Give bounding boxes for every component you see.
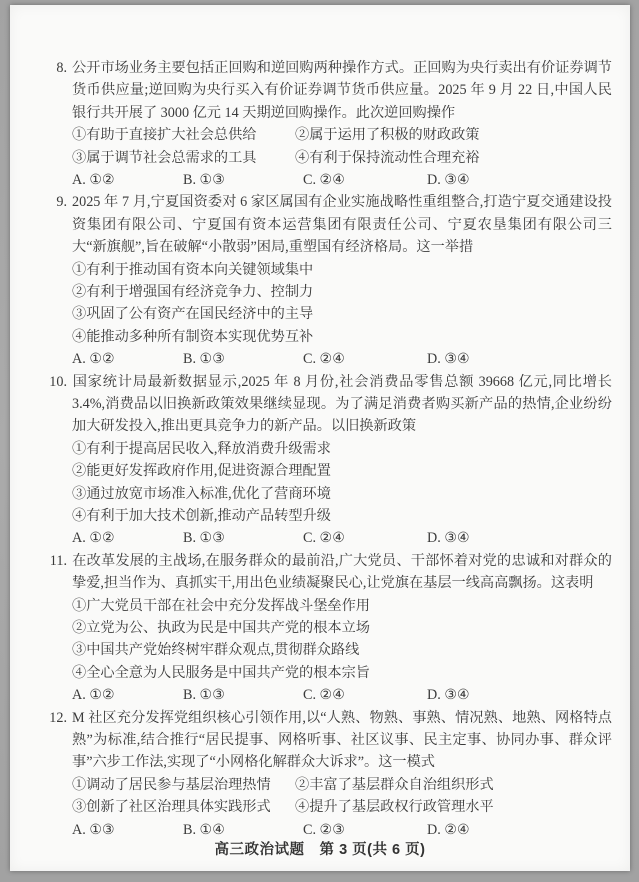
choice-c: C. ②④ (303, 348, 427, 370)
question-8: 8.公开市场业务主要包括正回购和逆回购两种操作方式。正回购为央行卖出有价证券调节… (72, 57, 612, 191)
statement-4: ④全心全意为人民服务是中国共产党的根本宗旨 (72, 662, 612, 684)
statement-4: ④提升了基层政权行政管理水平 (295, 796, 612, 818)
question-11-stem-text: 在改革发展的主战场,在服务群众的最前沿,广大党员、干部怀着对党的忠诚和对群众的挚… (72, 553, 612, 591)
question-12-stem: 12.M 社区充分发挥党组织核心引领作用,以“人熟、物熟、事熟、情况熟、地熟、网… (72, 707, 612, 774)
paper-sheet: 8.公开市场业务主要包括正回购和逆回购两种操作方式。正回购为央行卖出有价证券调节… (10, 5, 630, 871)
statement-1: ①有助于直接扩大社会总供给 (72, 124, 295, 146)
choice-d: D. ③④ (427, 527, 612, 549)
choice-c: C. ②④ (303, 684, 427, 706)
question-9-choices: A. ①② B. ①③ C. ②④ D. ③④ (72, 348, 612, 370)
question-9-stem-text: 2025 年 7 月,宁夏国资委对 6 家区属国有企业实施战略性重组整合,打造宁… (72, 194, 612, 255)
question-9: 9.2025 年 7 月,宁夏国资委对 6 家区属国有企业实施战略性重组整合,打… (72, 191, 612, 370)
question-12-statements: ①调动了居民参与基层治理热情 ②丰富了基层群众自治组织形式 ③创新了社区治理具体… (72, 774, 612, 819)
question-11: 11.在改革发展的主战场,在服务群众的最前沿,广大党员、干部怀着对党的忠诚和对群… (72, 550, 612, 707)
choice-d: D. ③④ (427, 684, 612, 706)
statement-2: ②丰富了基层群众自治组织形式 (295, 774, 612, 796)
choice-a: A. ①② (72, 684, 183, 706)
exam-content: 8.公开市场业务主要包括正回购和逆回购两种操作方式。正回购为央行卖出有价证券调节… (10, 5, 630, 871)
choice-b: B. ①③ (183, 527, 303, 549)
question-12-stem-text: M 社区充分发挥党组织核心引领作用,以“人熟、物熟、事熟、情况熟、地熟、网格特点… (72, 710, 612, 771)
question-10-stem: 10.国家统计局最新数据显示,2025 年 8 月份,社会消费品零售总额 396… (72, 371, 612, 438)
statement-2: ②属于运用了积极的财政政策 (295, 124, 612, 146)
scanned-exam-page: 8.公开市场业务主要包括正回购和逆回购两种操作方式。正回购为央行卖出有价证券调节… (0, 0, 639, 882)
choice-c: C. ②④ (303, 169, 427, 191)
statement-1: ①调动了居民参与基层治理热情 (72, 774, 295, 796)
choice-a: A. ①② (72, 169, 183, 191)
page-footer: 高三政治试题 第 3 页(共 6 页) (10, 838, 630, 859)
choice-a: A. ①② (72, 527, 183, 549)
question-8-stem-text: 公开市场业务主要包括正回购和逆回购两种操作方式。正回购为央行卖出有价证券调节货币… (72, 60, 612, 121)
choice-b: B. ①③ (183, 684, 303, 706)
statement-1: ①有利于提高居民收入,释放消费升级需求 (72, 438, 612, 460)
choice-b: B. ①③ (183, 348, 303, 370)
statement-3: ③中国共产党始终树牢群众观点,贯彻群众路线 (72, 639, 612, 661)
question-9-number: 9. (55, 191, 72, 213)
statement-4: ④有利于保持流动性合理充裕 (295, 147, 612, 169)
question-10-number: 10. (49, 371, 72, 393)
question-12-number: 12. (49, 707, 72, 729)
question-11-number: 11. (49, 550, 72, 572)
choice-a: A. ①② (72, 348, 183, 370)
question-12: 12.M 社区充分发挥党组织核心引领作用,以“人熟、物熟、事熟、情况熟、地熟、网… (72, 707, 612, 841)
statement-4: ④有利于加大技术创新,推动产品转型升级 (72, 505, 612, 527)
statement-2: ②立党为公、执政为民是中国共产党的根本立场 (72, 617, 612, 639)
statement-1: ①有利于推动国有资本向关键领域集中 (72, 259, 612, 281)
statement-2: ②能更好发挥政府作用,促进资源合理配置 (72, 460, 612, 482)
statement-1: ①广大党员干部在社会中充分发挥战斗堡垒作用 (72, 595, 612, 617)
question-11-statements: ①广大党员干部在社会中充分发挥战斗堡垒作用 ②立党为公、执政为民是中国共产党的根… (72, 595, 612, 685)
statement-3: ③巩固了公有资产在国民经济中的主导 (72, 303, 612, 325)
statement-3: ③创新了社区治理具体实践形式 (72, 796, 295, 818)
question-8-choices: A. ①② B. ①③ C. ②④ D. ③④ (72, 169, 612, 191)
question-9-statements: ①有利于推动国有资本向关键领域集中 ②有利于增强国有经济竞争力、控制力 ③巩固了… (72, 259, 612, 349)
question-10-statements: ①有利于提高居民收入,释放消费升级需求 ②能更好发挥政府作用,促进资源合理配置 … (72, 438, 612, 528)
question-9-stem: 9.2025 年 7 月,宁夏国资委对 6 家区属国有企业实施战略性重组整合,打… (72, 191, 612, 258)
question-10-stem-text: 国家统计局最新数据显示,2025 年 8 月份,社会消费品零售总额 39668 … (72, 374, 612, 435)
question-10-choices: A. ①② B. ①③ C. ②④ D. ③④ (72, 527, 612, 549)
question-11-stem: 11.在改革发展的主战场,在服务群众的最前沿,广大党员、干部怀着对党的忠诚和对群… (72, 550, 612, 595)
statement-3: ③通过放宽市场准入标准,优化了营商环境 (72, 483, 612, 505)
choice-b: B. ①③ (183, 169, 303, 191)
question-11-choices: A. ①② B. ①③ C. ②④ D. ③④ (72, 684, 612, 706)
question-8-number: 8. (55, 57, 72, 79)
choice-d: D. ③④ (427, 348, 612, 370)
question-8-statements: ①有助于直接扩大社会总供给 ②属于运用了积极的财政政策 ③属于调节社会总需求的工… (72, 124, 612, 169)
choice-d: D. ③④ (427, 169, 612, 191)
question-10: 10.国家统计局最新数据显示,2025 年 8 月份,社会消费品零售总额 396… (72, 371, 612, 550)
statement-4: ④能推动多种所有制资本实现优势互补 (72, 326, 612, 348)
statement-3: ③属于调节社会总需求的工具 (72, 147, 295, 169)
choice-c: C. ②④ (303, 527, 427, 549)
statement-2: ②有利于增强国有经济竞争力、控制力 (72, 281, 612, 303)
question-8-stem: 8.公开市场业务主要包括正回购和逆回购两种操作方式。正回购为央行卖出有价证券调节… (72, 57, 612, 124)
